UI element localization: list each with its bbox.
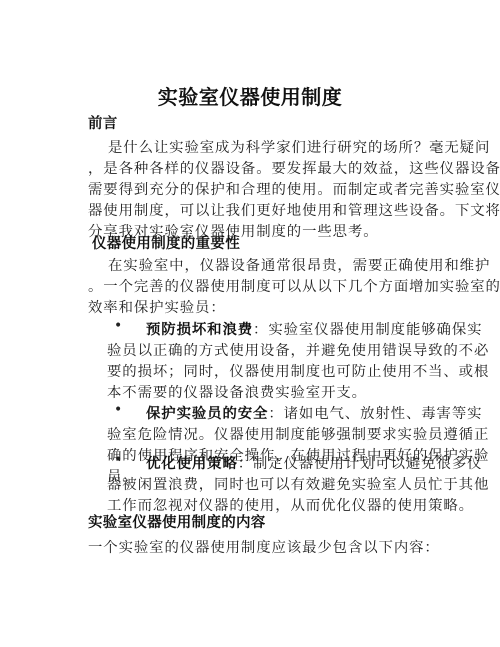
paragraph-line: 。一个完善的仪器使用制度可以从以下几个方面增加实验室的 [88, 275, 433, 296]
section-heading-preface: 前言 [88, 112, 118, 133]
document-title: 实验室仪器使用制度 [0, 81, 500, 110]
paragraph-line: 需要得到充分的保护和合理的使用。而制定或者完善实验室仪 [88, 178, 433, 199]
bullet-text: ：制定仪器使用计划可以避免很多仪 [238, 456, 483, 472]
paragraph-line: ，是各种各样的仪器设备。要发挥最大的效益，这些仪器设备 [88, 157, 433, 178]
bullet-line: 本不需要的仪器设备浪费实验室开支。 [107, 381, 452, 402]
bullet-text: ：诸如电气、放射性、毒害等实 [268, 406, 482, 422]
bullet-text: ：实验室仪器使用制度能够确保实 [253, 322, 482, 338]
bullet-icon: • [114, 318, 122, 334]
bullet-item-first-line: 保护实验员的安全：诸如电气、放射性、毒害等实 [146, 402, 491, 423]
bullet-item-first-line: 预防损坏和浪费：实验室仪器使用制度能够确保实 [146, 318, 491, 339]
bullet-icon: • [114, 402, 122, 418]
bullet-line: 验员以正确的方式使用设备，并避免使用错误导致的不必 [107, 339, 452, 360]
bullet-icon: • [114, 452, 122, 468]
paragraph-line: 一个实验室的仪器使用制度应该最少包含以下内容： [88, 536, 433, 557]
bullet-label: 优化使用策略 [146, 455, 238, 472]
bullet-label: 预防损坏和浪费 [146, 321, 253, 338]
paragraph-line: 效率和保护实验员： [88, 296, 433, 317]
paragraph-line: 是什么让实验室成为科学家们进行研究的场所？毫无疑问 [108, 136, 453, 157]
paragraph-line: 在实验室中，仪器设备通常很昂贵，需要正确使用和维护 [108, 254, 453, 275]
bullet-line: 验室危险情况。仪器使用制度能够强制要求实验员遵循正 [107, 423, 452, 444]
section-heading-importance: 仪器使用制度的重要性 [92, 232, 240, 253]
bullet-item-first-line: 优化使用策略：制定仪器使用计划可以避免很多仪 [146, 452, 491, 473]
section-heading-content: 实验室仪器使用制度的内容 [88, 511, 266, 532]
bullet-line: 要的损坏；同时，仪器使用制度也可防止使用不当、或根 [107, 360, 452, 381]
paragraph-line: 器使用制度，可以让我们更好地使用和管理这些设备。下文将 [88, 199, 433, 220]
bullet-line: 器被闲置浪费，同时也可以有效避免实验室人员忙于其他 [107, 473, 452, 494]
document-page: 实验室仪器使用制度 前言 是什么让实验室成为科学家们进行研究的场所？毫无疑问 ，… [0, 0, 500, 647]
bullet-label: 保护实验员的安全 [146, 405, 268, 422]
